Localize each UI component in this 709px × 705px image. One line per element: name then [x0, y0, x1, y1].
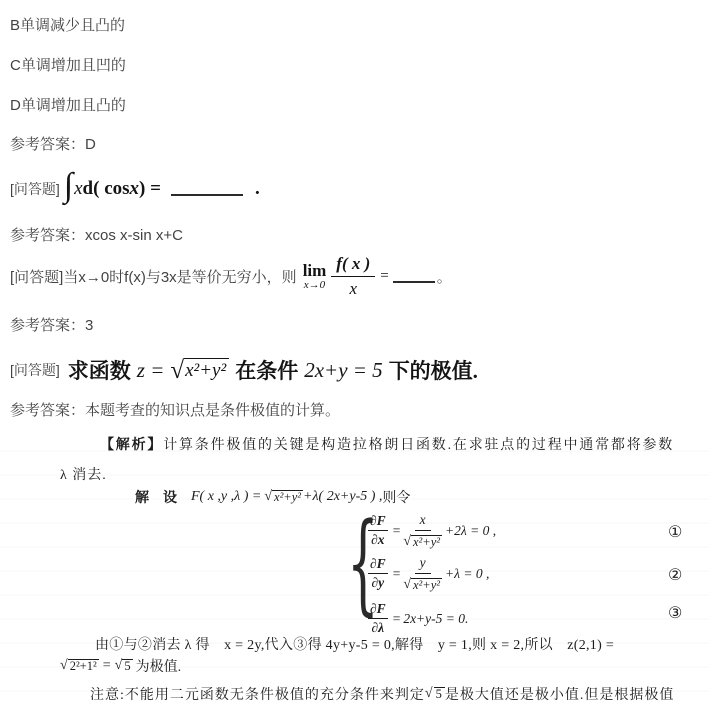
sqrt-radical: √ 5 — [115, 659, 133, 674]
reference-answer-3: 参考答案：3 — [10, 314, 93, 335]
answer-blank-line — [393, 269, 435, 283]
radical-sign: √ — [60, 659, 68, 673]
integral-d: d — [83, 178, 94, 200]
lim-subscript: x→0 — [304, 280, 325, 291]
let-keyword: 设 — [163, 487, 177, 507]
partial-numerator: ∂F — [368, 556, 388, 574]
rhs-denominator: √ x²+y² — [403, 531, 442, 550]
integral-cos-arg: x — [130, 178, 140, 200]
reference-answer-1: 参考答案：D — [10, 133, 96, 154]
radicand: x²+y² — [411, 578, 442, 593]
radicand: 5 — [122, 659, 132, 674]
sqrt-radical: √ x²+y² — [170, 358, 229, 383]
rhs-numerator: y — [415, 555, 431, 574]
analysis-line-1: 【解析】计算条件极值的关键是构造拉格朗日函数.在求驻点的过程中通常都将参数 — [100, 434, 674, 454]
equation-number-1: ① — [668, 522, 682, 542]
partial-denominator: ∂y — [372, 574, 385, 591]
partial-numerator: ∂F — [368, 513, 388, 531]
rhs-numerator: x — [415, 512, 431, 531]
radical-sign: √ — [403, 535, 411, 549]
extremum-condition: 2x+y = 5 — [304, 358, 382, 383]
conclusion-line-1: 由①与②消去 λ 得 x = 2y,代入③得 4y+y-5 = 0,解得 y =… — [95, 634, 614, 654]
radicand: 2²+1² — [68, 659, 99, 674]
equation-tail: +λ = 0 , — [445, 566, 489, 582]
lim-text: lim — [303, 262, 327, 279]
question-limit: [问答题]当x→0时f(x)与3x是等价无穷小，则 lim x→0 f( x )… — [10, 252, 452, 300]
equals-sign: = — [103, 658, 111, 674]
radicand: x²+y² — [184, 358, 229, 382]
limit-fraction: f( x ) x — [331, 254, 375, 298]
sqrt-radical: √ x²+y² — [403, 535, 442, 550]
extremum-text-3: 下的极值. — [389, 355, 478, 385]
solve-keyword: 解 — [135, 487, 149, 507]
radical-sign: √ — [425, 687, 434, 701]
lagrange-function: F( x ,y ,λ ) = — [191, 489, 261, 505]
question-type-tag: [问答题] — [10, 179, 60, 199]
reference-answer-4: 参考答案：本题考查的知识点是条件极值的计算。 — [10, 399, 340, 420]
integral-equals: ) = — [139, 178, 161, 200]
partial-denominator: ∂x — [371, 531, 384, 548]
integral-var: x — [74, 178, 82, 200]
note-line: 注意:不能用二元函数无条件极值的充分条件来判定 √ 5 是极大值还是极小值.但是… — [90, 684, 674, 704]
rhs-fraction: y √ x²+y² — [403, 555, 442, 592]
fraction-numerator: f( x ) — [331, 254, 375, 277]
integral-sign: ∫ — [64, 169, 73, 203]
partial-fraction: ∂F ∂y — [368, 556, 388, 591]
radicand: x²+y² — [411, 535, 442, 550]
option-b: B单调减少且凸的 — [10, 14, 125, 35]
extremum-text-2: 在条件 — [235, 355, 298, 385]
conclusion-line-2: √ 2²+1² = √ 5 为极值. — [60, 656, 181, 676]
note-text-1: 注意:不能用二元函数无条件极值的充分条件来判定 — [90, 684, 425, 704]
question-integral: [问答题] ∫xd( cos x ) = . — [10, 166, 260, 212]
radical-sign: √ — [403, 578, 411, 592]
integral-cos-open: ( cos — [93, 178, 129, 200]
analysis-line-2: λ 消去. — [60, 464, 107, 484]
radicand: x²+y² — [272, 490, 303, 505]
equation-tail: +2λ = 0 , — [445, 523, 496, 539]
question-type-tag: [问答题] — [10, 360, 60, 380]
sqrt-radical: √ 5 — [425, 687, 445, 702]
radical-sign: √ — [264, 490, 272, 504]
option-d: D单调增加且凸的 — [10, 94, 126, 115]
radical-sign: √ — [170, 358, 184, 383]
solution-image: 【解析】计算条件极值的关键是构造拉格朗日函数.在求驻点的过程中通常都将参数 λ … — [0, 428, 709, 705]
equation-number-2: ② — [668, 565, 682, 585]
sqrt-radical: √ 2²+1² — [60, 659, 99, 674]
note-text-2: 是极大值还是极小值.但是根据极值 — [445, 684, 675, 704]
extremum-formula: 求函数 z = √ x²+y² 在条件 2x+y = 5 下的极值. — [68, 355, 484, 385]
extremum-z-equals: z = — [137, 358, 165, 383]
extremum-text-1: 求函数 — [68, 355, 131, 385]
setup-tail-text: 则令 — [382, 487, 410, 507]
partial-fraction: ∂F ∂λ — [368, 601, 388, 636]
limit-equals: = — [380, 268, 388, 285]
sqrt-radical: √ x²+y² — [403, 578, 442, 593]
answer-blank-line — [171, 182, 243, 196]
question-extremum: [问答题] 求函数 z = √ x²+y² 在条件 2x+y = 5 下的极值. — [10, 347, 484, 393]
radical-sign: √ — [115, 659, 123, 673]
analysis-text-1: 计算条件极值的关键是构造拉格朗日函数.在求驻点的过程中通常都将参数 — [163, 438, 674, 453]
fraction-denominator: x — [350, 277, 358, 299]
integral-period: . — [255, 178, 260, 200]
option-c: C单调增加且凹的 — [10, 54, 126, 75]
equals-sign: = — [393, 523, 401, 539]
rhs-fraction: x √ x²+y² — [403, 512, 442, 549]
reference-answer-2: 参考答案：xcos x-sin x+C — [10, 224, 183, 245]
limit-text: 当x→0时f(x)与3x是等价无穷小，则 — [63, 269, 296, 286]
equation-1: ∂F ∂x = x √ x²+y² +2λ = 0 , — [368, 512, 496, 549]
equals-sign: = — [393, 611, 401, 627]
radicand: 5 — [434, 687, 445, 702]
equals-sign: = — [393, 566, 401, 582]
analysis-label: 【解析】 — [100, 438, 163, 453]
limit-question-text: [问答题]当x→0时f(x)与3x是等价无穷小，则 — [10, 266, 297, 287]
equation-rhs: 2x+y-5 = 0. — [403, 611, 468, 627]
sqrt-radical: √ x²+y² — [264, 490, 303, 505]
equation-2: ∂F ∂y = y √ x²+y² +λ = 0 , — [368, 555, 489, 592]
limit-end-mark: 。 — [437, 266, 452, 287]
partial-numerator: ∂F — [368, 601, 388, 619]
partial-fraction: ∂F ∂x — [368, 513, 388, 548]
conclusion-text: 为极值. — [136, 656, 182, 676]
rhs-denominator: √ x²+y² — [403, 574, 442, 593]
integral-formula: ∫xd( cos x ) = . — [60, 169, 260, 209]
question-type-tag: [问答题] — [10, 269, 63, 286]
equation-number-3: ③ — [668, 603, 682, 623]
equation-3: ∂F ∂λ = 2x+y-5 = 0. — [368, 601, 468, 636]
lim-operator: lim x→0 — [303, 262, 327, 291]
